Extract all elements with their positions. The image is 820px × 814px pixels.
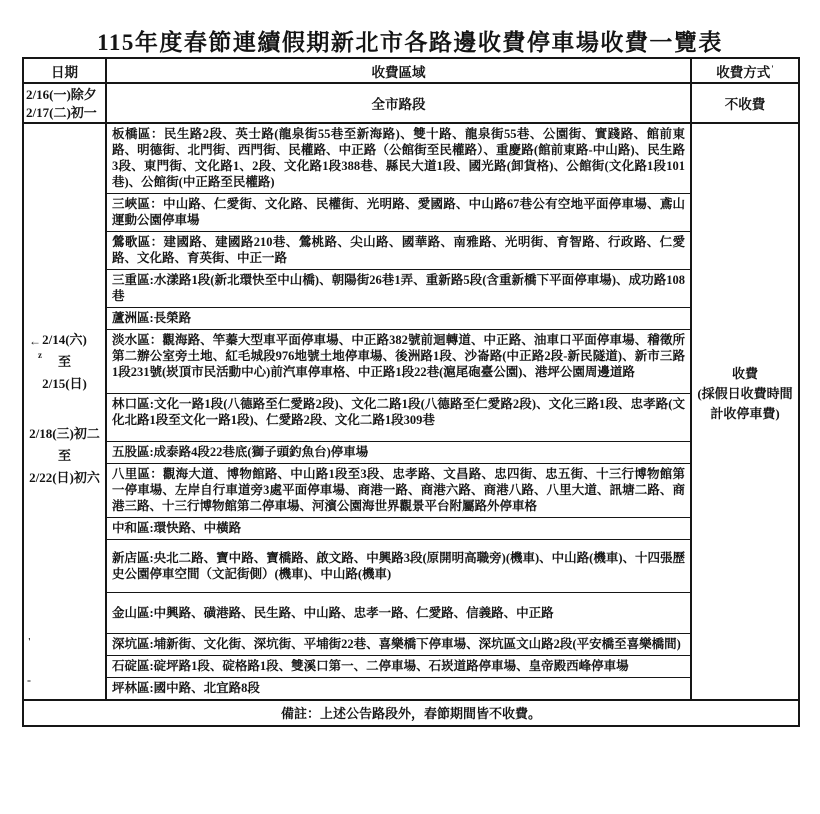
district-row-sanchong: 三重區:水漾路1段(新北環快至中山橋)、朝陽街26巷1弄、重新路5段(含重新橋下… [107,270,690,308]
method-line: 計收停車費) [710,404,779,424]
district-row-shiding: 石碇區:碇坪路1段、碇格路1段、雙溪口第一、二停車場、石崁道路停車場、皇帝殿西峰… [107,656,690,678]
free-date-line: 2/17(二)初一 [26,104,105,122]
arrow-mark-icon: ← [29,330,41,352]
header-date: 日期 [24,59,107,82]
date-range-group: 2/14(六) 至 2/15(日) [42,329,87,395]
free-dates-cell: 2/16(一)除夕 2/17(二)初一 [24,84,107,122]
district-row-yingge: 鶯歌區：建國路、建國路210巷、鶯桃路、尖山路、國華路、南雅路、光明街、育智路、… [107,232,690,270]
scan-artifact-tick1: ' [28,632,31,654]
charged-dates-cell: z ← ' - 2/14(六) 至 2/15(日) 2/18(三)初二 至 2/… [24,124,107,699]
date-line: 2/14(六) [42,329,87,351]
district-row-wugu: 五股區:成泰路4段22巷底(獅子頭釣魚台)停車場 [107,442,690,464]
parking-fee-table: 日期 收費區域 收費方式' 2/16(一)除夕 2/17(二)初一 全市路段 不… [22,57,800,727]
page-title: 115年度春節連續假期新北市各路邊收費停車場收費一覽表 [0,0,820,57]
date-line: 2/22(日)初六 [29,467,100,489]
date-line: 2/15(日) [42,373,87,395]
footer-note-row: 備註：上述公告路段外，春節期間皆不收費。 [24,701,798,725]
method-line: (採假日收費時間 [697,384,792,404]
scan-artifact-tick2: - [27,669,31,691]
header-method: 收費方式' [692,59,798,82]
charged-zones-cell: 板橋區：民生路2段、英士路(龍泉街55巷至新海路)、雙十路、龍泉街55巷、公園街… [107,124,692,699]
footer-note: 備註：上述公告路段外，春節期間皆不收費。 [24,701,798,725]
date-line: 至 [42,351,87,373]
district-row-jinshan: 金山區:中興路、磺港路、民生路、中山路、忠孝一路、仁愛路、信義路、中正路 [107,593,690,634]
date-range-group: 2/18(三)初二 至 2/22(日)初六 [29,423,100,489]
district-row-linkou: 林口區:文化一路1段(八德路至仁愛路2段)、文化二路1段(八德路至仁愛路2段)、… [107,394,690,442]
header-zone: 收費區域 [107,59,692,82]
charged-days-row: z ← ' - 2/14(六) 至 2/15(日) 2/18(三)初二 至 2/… [24,124,798,701]
free-date-line: 2/16(一)除夕 [26,86,105,104]
district-row-zhonghe: 中和區:環快路、中橫路 [107,518,690,540]
district-row-shenkeng: 深坑區:埔新街、文化街、深坑街、平埔街22巷、喜樂橋下停車場、深坑區文山路2段(… [107,634,690,656]
header-method-label: 收費方式 [716,65,770,80]
scan-artifact-header-tick: ' [771,64,774,74]
district-row-banqiao: 板橋區：民生路2段、英士路(龍泉街55巷至新海路)、雙十路、龍泉街55巷、公園街… [107,124,690,194]
district-row-bali: 八里區：觀海大道、博物館路、中山路1段至3段、忠孝路、文昌路、忠四街、忠五街、十… [107,464,690,518]
table-header-row: 日期 收費區域 收費方式' [24,59,798,84]
district-row-xindian: 新店區:央北二路、寶中路、寶橋路、啟文路、中興路3段(原開明高職旁)(機車)、中… [107,540,690,593]
free-zone-cell: 全市路段 [107,84,692,122]
free-days-row: 2/16(一)除夕 2/17(二)初一 全市路段 不收費 [24,84,798,124]
document-page: 115年度春節連續假期新北市各路邊收費停車場收費一覽表 日期 收費區域 收費方式… [0,0,820,814]
charged-method-cell: 收費 (採假日收費時間 計收停車費) [692,106,798,681]
district-row-sanxia: 三峽區：中山路、仁愛街、文化路、民權街、光明路、愛國路、中山路67巷公有空地平面… [107,194,690,232]
method-line: 收費 [732,364,758,384]
date-line: 2/18(三)初二 [29,423,100,445]
district-row-tamsui: 淡水區：觀海路、竿蓁大型車平面停車場、中正路382號前迴轉道、中正路、油車口平面… [107,330,690,394]
district-row-luzhou: 蘆洲區:長榮路 [107,308,690,330]
date-line: 至 [29,445,100,467]
district-row-pinglin: 坪林區:國中路、北宜路8段 [107,678,690,699]
